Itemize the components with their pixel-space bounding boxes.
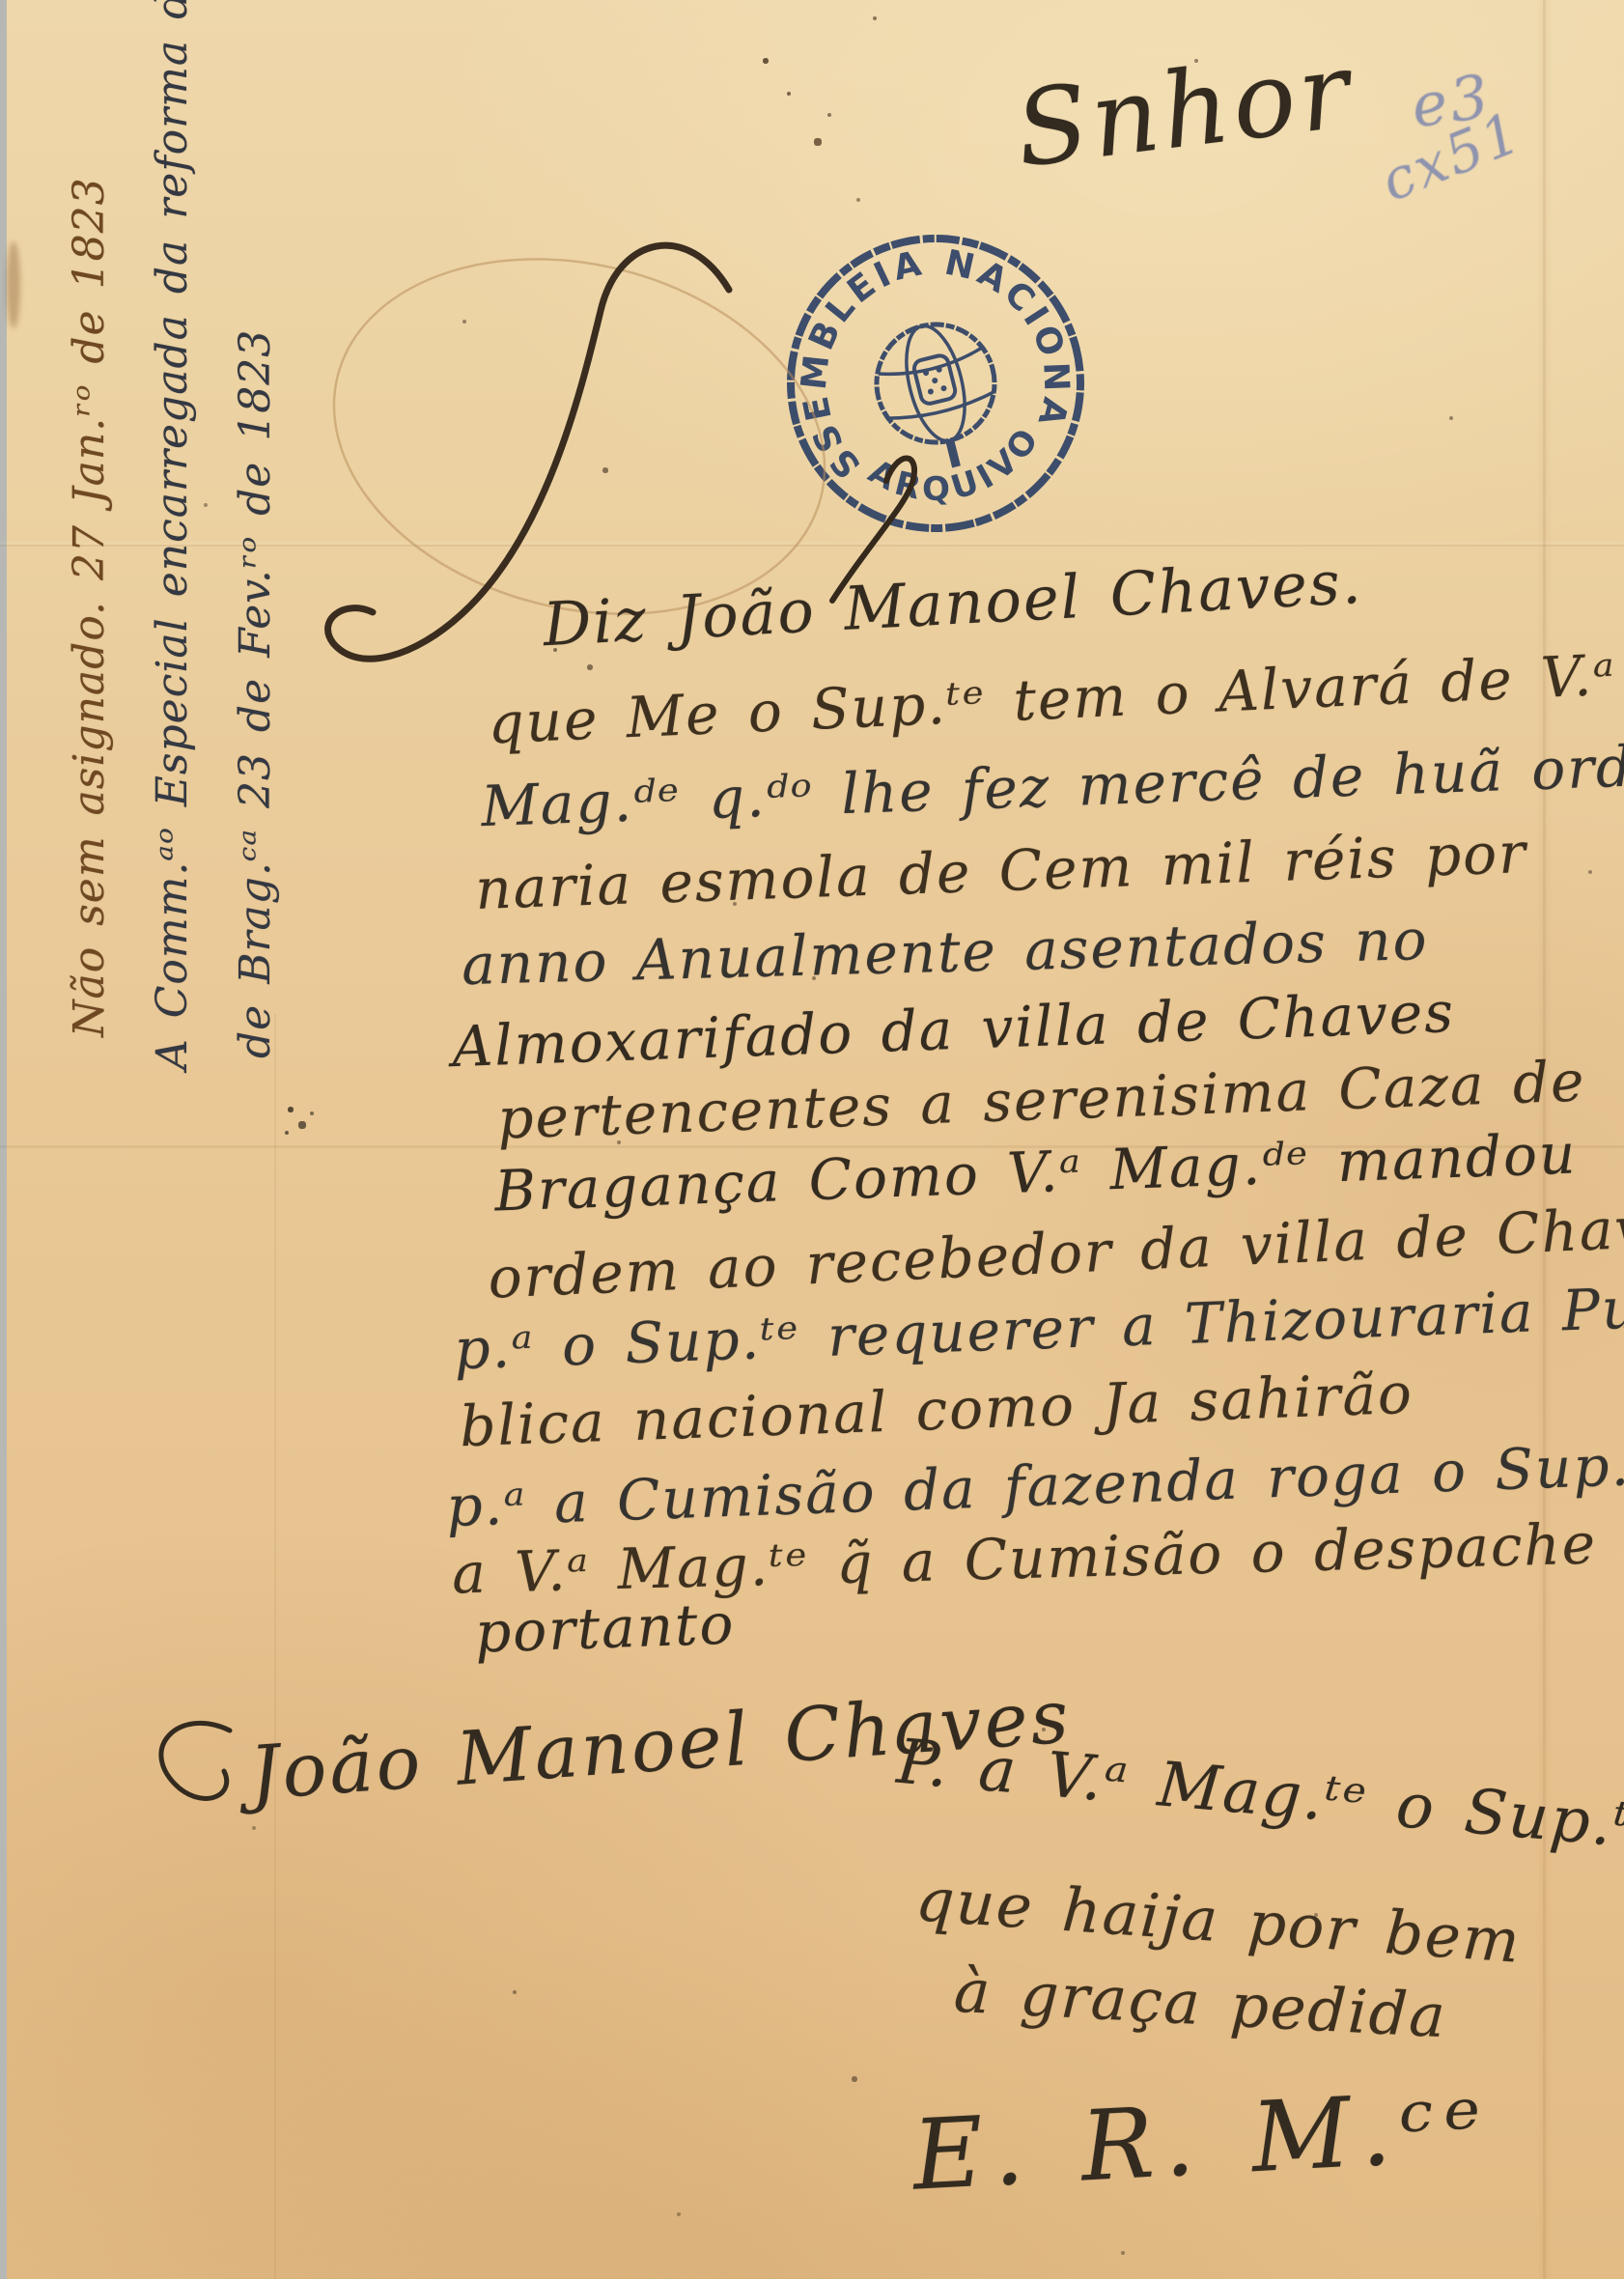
margin-annotation-line: A Comm.ᵃᵒ Especial encarregada da reform… xyxy=(131,0,214,1070)
margin-annotation-line: Não sem asignado. 27 Jan.ʳᵒ de 1823 xyxy=(48,0,131,1037)
ink-specks xyxy=(0,0,2,2)
vertical-fold-crease-faint xyxy=(274,1014,276,2279)
margin-annotation: Não sem asignado. 27 Jan.ʳᵒ de 1823 A Co… xyxy=(48,0,297,1070)
scanned-letter-page: { "page": { "kind": "manuscript petition… xyxy=(0,0,1624,2279)
body-line: portanto xyxy=(474,1590,736,1665)
stamp-sphere-parallels xyxy=(877,348,996,425)
stamp-stem xyxy=(950,440,957,466)
edge-stain xyxy=(7,241,20,328)
margin-annotation-line: de Brag.ᶜᵃ 23 de Fev.ʳᵒ de 1823 xyxy=(214,0,297,1058)
